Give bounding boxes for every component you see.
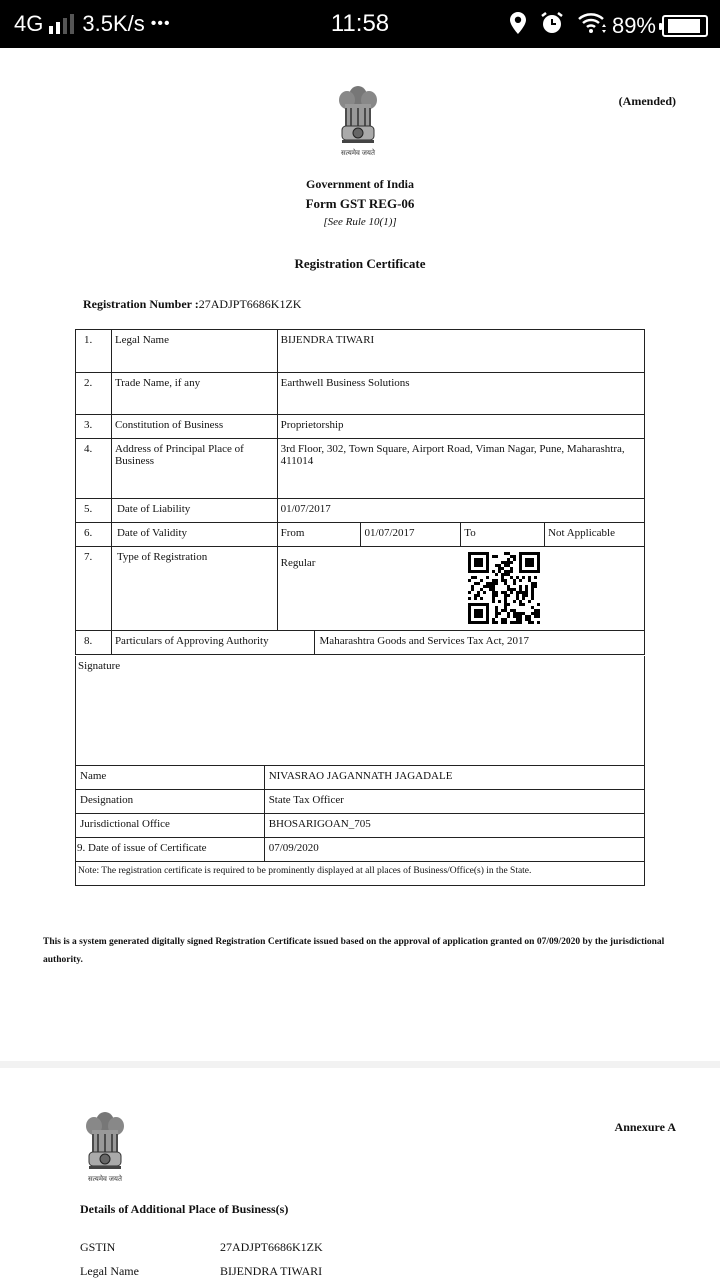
row-number: 2. (76, 373, 112, 415)
signature-box: Signature (75, 656, 645, 766)
table-row: 7. Type of Registration Regular (76, 547, 645, 631)
row-number: 8. (76, 631, 112, 655)
row-label: Address of Principal Place of Business (111, 439, 277, 499)
legal-name-row: Legal Name BIJENDRA TIWARI (80, 1264, 322, 1279)
designation-value: State Tax Officer (264, 790, 644, 814)
signature-label: Signature (78, 660, 120, 672)
table-row: 8. Particulars of Approving Authority Ma… (76, 631, 645, 655)
battery-icon (662, 15, 708, 37)
row-label: Constitution of Business (111, 415, 277, 439)
amended-label: (Amended) (619, 94, 676, 109)
date-of-liability-value: 01/07/2017 (277, 499, 644, 523)
ashoka-emblem-icon (336, 82, 380, 148)
national-emblem: सत्यमेव जयते (335, 82, 381, 158)
gstin-value: 27ADJPT6686K1ZK (220, 1240, 323, 1255)
row-label: Type of Registration (111, 547, 277, 631)
issue-date-label: 9. Date of issue of Certificate (76, 838, 265, 862)
battery-percent: 89% (612, 13, 656, 39)
registration-number: Registration Number :27ADJPT6686K1ZK (83, 297, 301, 312)
table-row: 1. Legal Name BIJENDRA TIWARI (76, 330, 645, 373)
row-label: Date of Liability (111, 499, 277, 523)
address-value: 3rd Floor, 302, Town Square, Airport Roa… (277, 439, 644, 499)
officer-details-table: Name NIVASRAO JAGANNATH JAGADALE Designa… (75, 765, 645, 862)
qr-code-icon (468, 552, 540, 624)
row-label: Date of Validity (111, 523, 277, 547)
registration-number-label: Registration Number : (83, 297, 199, 311)
status-bar: 4G 3.5K/s ••• 11:58 89% (0, 0, 720, 48)
row-label: Legal Name (111, 330, 277, 373)
row-number: 1. (76, 330, 112, 373)
validity-to-label: To (461, 523, 545, 547)
officer-name-label: Name (76, 766, 265, 790)
officer-name-value: NIVASRAO JAGANNATH JAGADALE (264, 766, 644, 790)
constitution-value: Proprietorship (277, 415, 644, 439)
legal-name-label: Legal Name (80, 1264, 220, 1279)
annexure-label: Annexure A (615, 1120, 676, 1135)
legal-name-value: BIJENDRA TIWARI (277, 330, 644, 373)
legal-name-value: BIJENDRA TIWARI (220, 1264, 322, 1279)
registration-details-table: 1. Legal Name BIJENDRA TIWARI 2. Trade N… (75, 329, 645, 655)
validity-from-label: From (277, 523, 361, 547)
wifi-icon (578, 12, 608, 40)
government-heading: Government of India (0, 177, 720, 192)
location-icon (510, 12, 526, 40)
trade-name-value: Earthwell Business Solutions (277, 373, 644, 415)
validity-to-value: Not Applicable (545, 523, 645, 547)
table-row: 9. Date of issue of Certificate 07/09/20… (76, 838, 645, 862)
row-number: 7. (76, 547, 112, 631)
certificate-title: Registration Certificate (0, 256, 720, 272)
alarm-icon (540, 11, 564, 41)
display-note: Note: The registration certificate is re… (75, 862, 645, 886)
gstin-label: GSTIN (80, 1240, 220, 1255)
certificate-page-2-annexure: सत्यमेव जयते Annexure A Details of Addit… (0, 1068, 720, 1280)
table-row: Designation State Tax Officer (76, 790, 645, 814)
approving-authority-value: Maharashtra Goods and Services Tax Act, … (314, 631, 644, 655)
table-row: 3. Constitution of Business Proprietorsh… (76, 415, 645, 439)
jurisdictional-office-label: Jurisdictional Office (76, 814, 265, 838)
jurisdictional-office-value: BHOSARIGOAN_705 (264, 814, 644, 838)
registration-type-value: Regular (281, 557, 316, 569)
row-label: Trade Name, if any (111, 373, 277, 415)
table-row: 2. Trade Name, if any Earthwell Business… (76, 373, 645, 415)
row-number: 6. (76, 523, 112, 547)
additional-places-title: Details of Additional Place of Business(… (80, 1202, 288, 1217)
table-row: 6. Date of Validity From 01/07/2017 To N… (76, 523, 645, 547)
table-row: 5. Date of Liability 01/07/2017 (76, 499, 645, 523)
row-label: Particulars of Approving Authority (111, 631, 314, 655)
form-title: Form GST REG-06 (0, 196, 720, 212)
national-emblem: सत्यमेव जयते (82, 1108, 128, 1184)
issue-date-value: 07/09/2020 (264, 838, 644, 862)
system-generated-notice: This is a system generated digitally sig… (43, 933, 683, 969)
ashoka-emblem-icon (83, 1108, 127, 1174)
designation-label: Designation (76, 790, 265, 814)
row-number: 5. (76, 499, 112, 523)
certificate-page-1: सत्यमेव जयते (Amended) Government of Ind… (0, 48, 720, 1061)
gstin-row: GSTIN 27ADJPT6686K1ZK (80, 1240, 323, 1255)
row-number: 3. (76, 415, 112, 439)
emblem-motto: सत्यमेव जयते (82, 1175, 128, 1184)
table-row: Jurisdictional Office BHOSARIGOAN_705 (76, 814, 645, 838)
registration-number-value: 27ADJPT6686K1ZK (199, 297, 302, 311)
table-row: 4. Address of Principal Place of Busines… (76, 439, 645, 499)
row-number: 4. (76, 439, 112, 499)
validity-from-value: 01/07/2017 (361, 523, 461, 547)
page-separator (0, 1061, 720, 1068)
rule-reference: [See Rule 10(1)] (0, 216, 720, 228)
table-row: Name NIVASRAO JAGANNATH JAGADALE (76, 766, 645, 790)
emblem-motto: सत्यमेव जयते (335, 149, 381, 158)
